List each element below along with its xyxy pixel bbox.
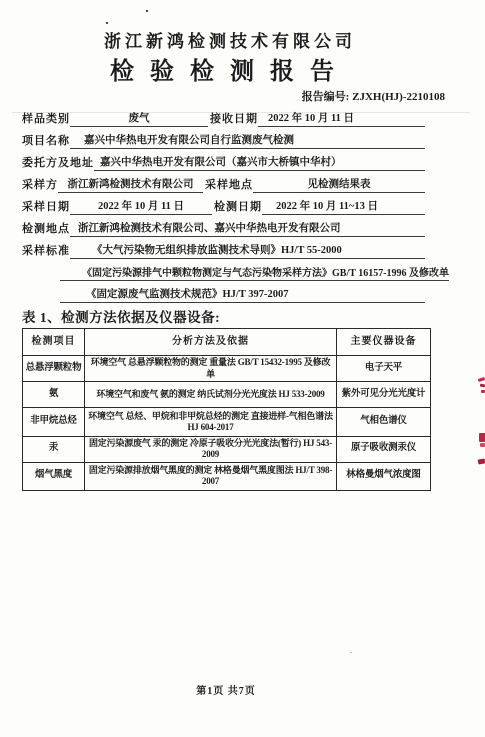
receive-date-label: 接收日期 (210, 110, 258, 127)
scan-speck (106, 22, 108, 24)
cell-method: 环境空气 总悬浮颗粒物的测定 重量法 GB/T 15432-1995 及修改单 (85, 356, 337, 382)
col-header-instrument: 主要仪器设备 (337, 329, 431, 356)
scan-speck (350, 652, 352, 653)
form-row-sampling-standard-3: 《固定源废气监测技术规范》HJ/T 397-2007 (22, 282, 425, 303)
form-row-project-name: 项目名称 嘉兴中华热电开发有限公司自行监测废气检测 (22, 128, 425, 149)
cell-item: 汞 (23, 437, 85, 463)
cell-method: 固定污染源废气 汞的测定 冷原子吸收分光光度法(暂行) HJ 543-2009 (85, 437, 337, 463)
test-date-label: 检测日期 (214, 198, 262, 215)
red-ink-mark (478, 377, 485, 382)
cell-method: 环境空气和废气 氨的测定 纳氏试剂分光光度法 HJ 533-2009 (85, 382, 337, 408)
table-row: 总悬浮颗粒物 环境空气 总悬浮颗粒物的测定 重量法 GB/T 15432-199… (23, 356, 431, 382)
project-name-label: 项目名称 (22, 132, 70, 149)
form-row-sampling-standard-1: 采样标准 《大气污染物无组织排放监测技术导则》HJ/T 55-2000 (22, 238, 425, 259)
table-row: 氨 环境空气和废气 氨的测定 纳氏试剂分光光度法 HJ 533-2009 紫外可… (23, 382, 431, 408)
report-number: 报告编号: ZJXH(HJ)-2210108 (302, 88, 445, 104)
cell-item: 烟气黑度 (23, 462, 85, 490)
scanned-report-page: 浙江新鸿检测技术有限公司 检验检测报告 报告编号: ZJXH(HJ)-22101… (0, 0, 485, 737)
red-ink-mark (481, 390, 485, 393)
form-row-sample-category: 样品类别 废气 接收日期 2022 年 10 月 11 日 (22, 106, 425, 127)
scan-speck (146, 10, 148, 12)
table-row: 汞 固定污染源废气 汞的测定 冷原子吸收分光光度法(暂行) HJ 543-200… (23, 437, 431, 463)
cell-method: 固定污染源排放烟气黑度的测定 林格曼烟气黑度图法 HJ/T 398-2007 (85, 462, 337, 490)
red-ink-mark (480, 384, 485, 388)
sample-category-label: 样品类别 (22, 110, 70, 127)
sampling-standard-1: 《大气污染物无组织排放监测技术导则》HJ/T 55-2000 (92, 245, 342, 256)
sampling-standard-2: 《固定污染源排气中颗粒物测定与气态污染物采样方法》GB/T 16157-1996… (82, 268, 449, 279)
cell-instrument: 气相色谱仪 (337, 408, 431, 437)
field-underline: 浙江新鸿检测技术有限公司、嘉兴中华热电开发有限公司 (70, 220, 425, 237)
sampling-site-label: 采样地点 (205, 176, 253, 193)
client-label: 委托方及地址 (22, 154, 94, 171)
test-site-label: 检测地点 (22, 220, 70, 237)
sampling-standard-3: 《固定源废气监测技术规范》HJ/T 397-2007 (86, 289, 289, 300)
sampler-label: 采样方 (22, 176, 58, 193)
field-underline: 2022 年 10 月 11~13 日 (262, 198, 425, 215)
field-underline: 《固定源废气监测技术规范》HJ/T 397-2007 (60, 286, 425, 303)
methods-instruments-table: 检测项目 分析方法及依据 主要仪器设备 总悬浮颗粒物 环境空气 总悬浮颗粒物的测… (22, 328, 431, 491)
cell-method: 环境空气 总烃、甲烷和非甲烷总烃的测定 直接进样-气相色谱法 HJ 604-20… (85, 408, 337, 437)
field-underline: 《大气污染物无组织排放监测技术导则》HJ/T 55-2000 (70, 242, 425, 259)
page-number: 第1页 共7页 (0, 682, 452, 697)
cell-item: 总悬浮颗粒物 (23, 356, 85, 382)
cell-instrument: 电子天平 (337, 356, 431, 382)
field-underline: 浙江新鸿检测技术有限公司 (58, 176, 203, 193)
receive-date-value: 2022 年 10 月 11 日 (268, 113, 354, 124)
form-row-test-site: 检测地点 浙江新鸿检测技术有限公司、嘉兴中华热电开发有限公司 (22, 216, 425, 237)
cell-instrument: 林格曼烟气浓度图 (337, 462, 431, 490)
test-date-value: 2022 年 10 月 11~13 日 (276, 201, 378, 212)
red-ink-mark (479, 433, 485, 442)
table-row: 烟气黑度 固定污染源排放烟气黑度的测定 林格曼烟气黑度图法 HJ/T 398-2… (23, 462, 431, 490)
cell-instrument: 紫外可见分光光度计 (337, 382, 431, 408)
field-underline: 废气 (70, 110, 208, 127)
form-row-dates: 采样日期 2022 年 10 月 11 日 检测日期 2022 年 10 月 1… (22, 194, 425, 215)
project-name-value: 嘉兴中华热电开发有限公司自行监测废气检测 (84, 135, 294, 146)
report-number-value: ZJXH(HJ)-2210108 (352, 91, 445, 103)
table-header-row: 检测项目 分析方法及依据 主要仪器设备 (23, 329, 431, 356)
report-title: 检验检测报告 (0, 51, 460, 86)
sample-category-value: 废气 (129, 113, 150, 124)
client-value: 嘉兴中华热电开发有限公司（嘉兴市大桥镇中华村） (100, 157, 342, 168)
col-header-item: 检测项目 (23, 329, 85, 356)
col-header-method: 分析方法及依据 (85, 329, 337, 356)
field-underline: 嘉兴中华热电开发有限公司（嘉兴市大桥镇中华村） (94, 154, 425, 171)
field-underline: 2022 年 10 月 11 日 (70, 198, 212, 215)
cell-instrument: 原子吸收测汞仪 (337, 437, 431, 463)
form-row-client: 委托方及地址 嘉兴中华热电开发有限公司（嘉兴市大桥镇中华村） (22, 150, 425, 171)
table1-title: 表 1、检测方法依据及仪器设备: (22, 306, 220, 326)
sampling-date-label: 采样日期 (22, 198, 70, 215)
test-site-value: 浙江新鸿检测技术有限公司、嘉兴中华热电开发有限公司 (78, 223, 341, 234)
sampler-value: 浙江新鸿检测技术有限公司 (68, 179, 194, 190)
table-row: 非甲烷总烃 环境空气 总烃、甲烷和非甲烷总烃的测定 直接进样-气相色谱法 HJ … (23, 408, 431, 437)
sampling-site-value: 见检测结果表 (308, 179, 371, 190)
field-underline: 《固定污染源排气中颗粒物测定与气态污染物采样方法》GB/T 16157-1996… (60, 264, 449, 281)
red-ink-mark (480, 443, 485, 447)
field-underline: 2022 年 10 月 11 日 (258, 110, 425, 127)
form-row-sampling-standard-2: 《固定污染源排气中颗粒物测定与气态污染物采样方法》GB/T 16157-1996… (22, 260, 425, 281)
cell-item: 非甲烷总烃 (23, 408, 85, 437)
report-number-label: 报告编号: (302, 91, 350, 103)
sampling-date-value: 2022 年 10 月 11 日 (98, 201, 184, 212)
field-underline: 见检测结果表 (253, 176, 425, 193)
sampling-standard-label: 采样标准 (22, 242, 70, 259)
cell-item: 氨 (23, 382, 85, 408)
red-ink-mark (478, 458, 485, 464)
form-row-sampler: 采样方 浙江新鸿检测技术有限公司 采样地点 见检测结果表 (22, 172, 425, 193)
field-underline: 嘉兴中华热电开发有限公司自行监测废气检测 (70, 132, 425, 149)
company-name: 浙江新鸿检测技术有限公司 (0, 27, 460, 52)
